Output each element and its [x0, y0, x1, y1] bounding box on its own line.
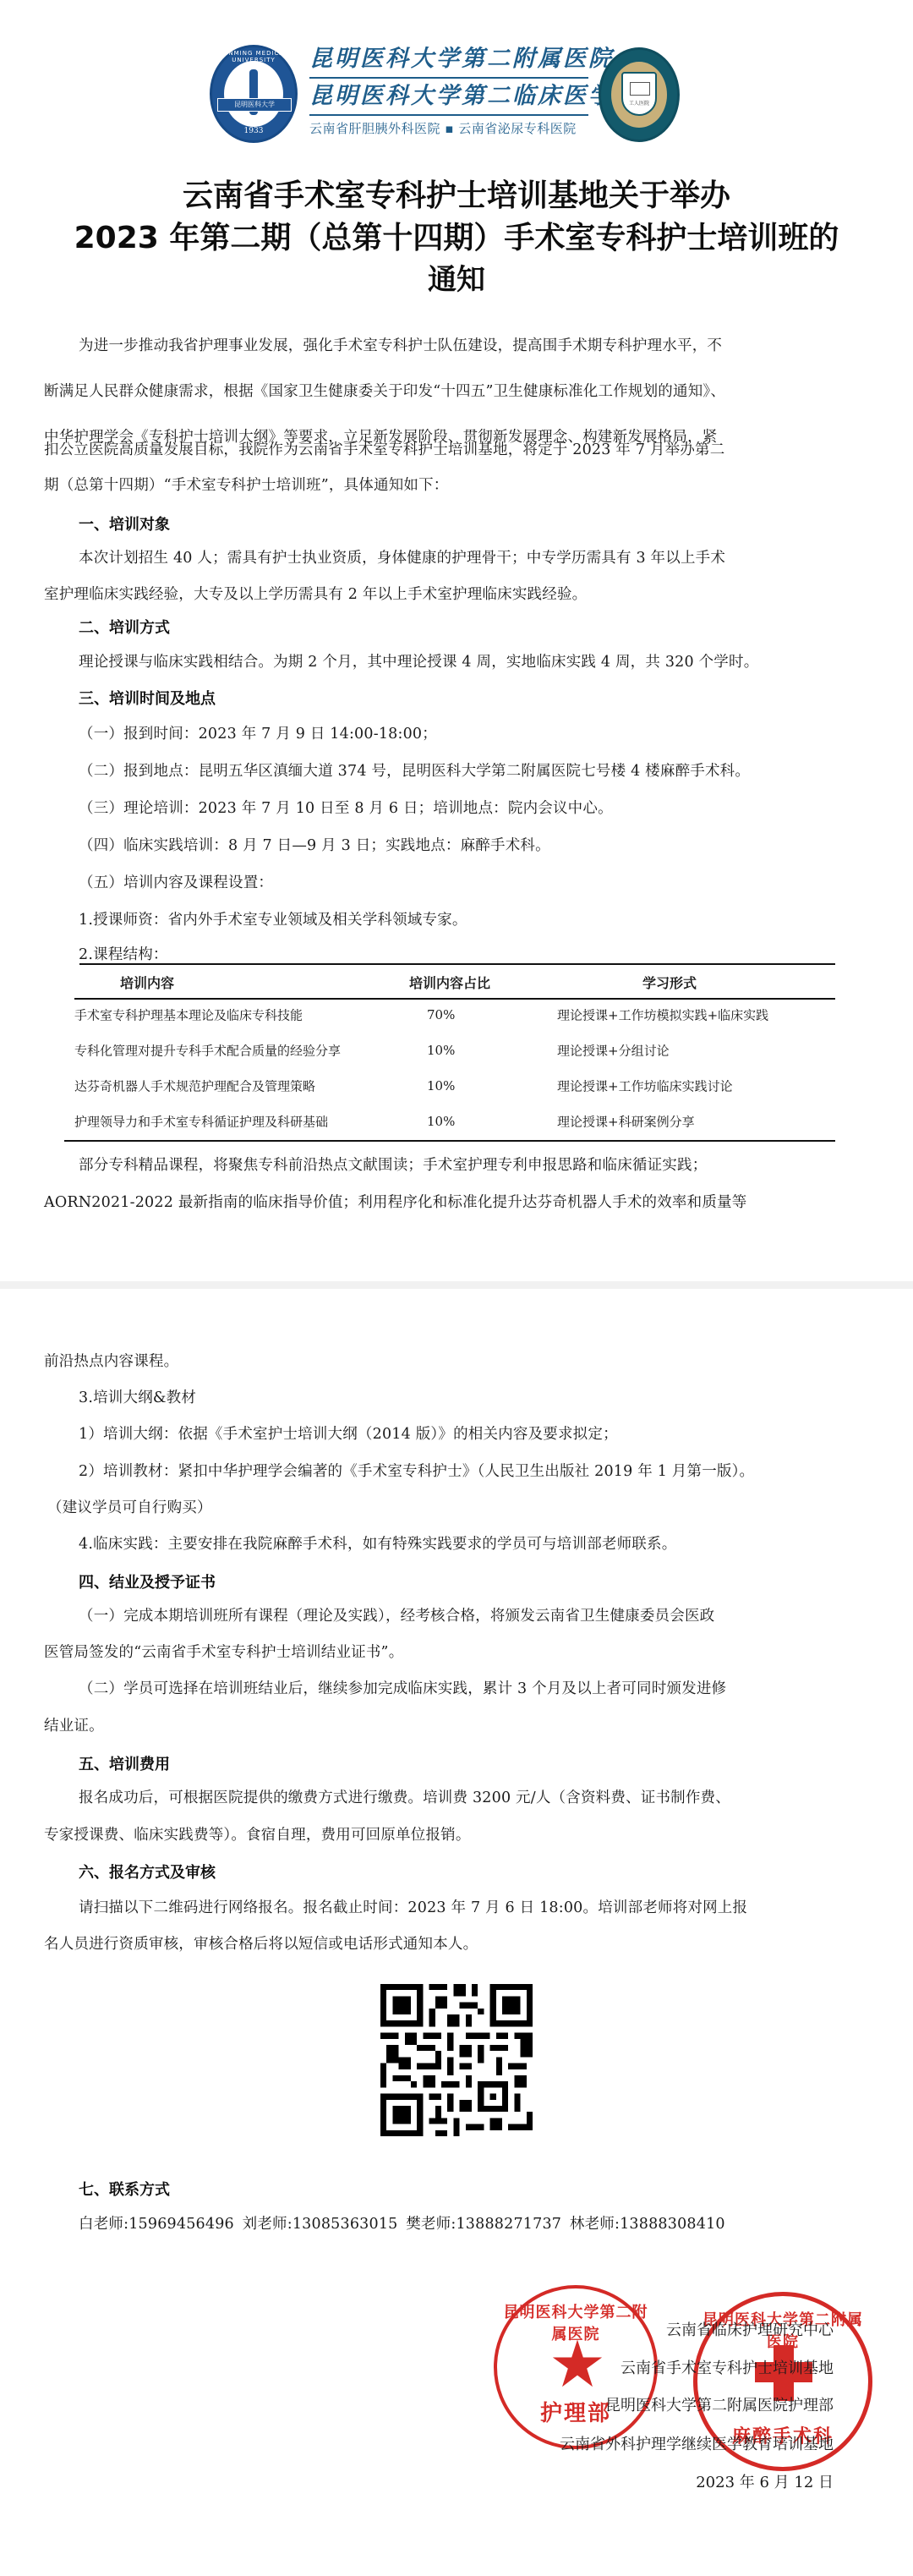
featured-courses-text: 前沿热点内容课程。 — [44, 1351, 178, 1372]
section-heading-time-place: 三、培训时间及地点 — [79, 687, 216, 709]
section-heading-contact: 七、联系方式 — [79, 2178, 170, 2200]
section-text: （二）学员可选择在培训班结业后，继续参加完成临床实践，累计 3 个月及以上者可同… — [79, 1679, 726, 1699]
signature-org: 云南省手术室专科护士培训基地 — [621, 2356, 834, 2378]
table-cell: 专科化管理对提升专科手术配合质量的经验分享 — [74, 1042, 341, 1060]
hospital-seal-icon: 工人医院 — [599, 47, 680, 142]
schedule-item: （三）理论培训：2023 年 7 月 10 日至 8 月 6 日；培训地点：院内… — [79, 798, 613, 819]
syllabus-item: 1）培训大纲：依据《手术室护士培训大纲（2014 版）》的相关内容及要求拟定； — [79, 1424, 618, 1444]
section-text: 名人员进行资质审核，审核合格后将以短信或电话形式通知本人。 — [44, 1934, 478, 1954]
intro-paragraph-line: 扣公立医院高质量发展目标，我院作为云南省手术室专科护士培训基地，将定于 2023… — [44, 440, 724, 460]
table-cell: 10% — [427, 1078, 455, 1093]
teachers-text: 1.授课师资：省内外手术室专业领域及相关学科领域专家。 — [79, 910, 467, 930]
section-heading-trainees: 一、培训对象 — [79, 512, 170, 534]
table-cell: 理论授课+工作坊模拟实践+临床实践 — [557, 1006, 768, 1024]
table-cell: 理论授课+分组讨论 — [557, 1042, 670, 1060]
schedule-item: （一）报到时间：2023 年 7 月 9 日 14:00-18:00； — [79, 724, 437, 744]
featured-courses-text: 部分专科精品课程，将聚焦专科前沿热点文献围读；手术室护理专利申报思路和临床循证实… — [79, 1155, 707, 1176]
table-rule — [64, 1140, 835, 1142]
intro-paragraph-line: 期（总第十四期）“手术室专科护士培训班”，具体通知如下： — [44, 475, 449, 496]
table-header-ratio: 培训内容占比 — [409, 973, 490, 992]
schedule-item: （二）报到地点：昆明五华区滇缅大道 374 号，昆明医科大学第二附属医院七号楼 … — [79, 761, 750, 781]
signature-org: 云南省外科护理学继续医学教育培训基地 — [560, 2432, 834, 2454]
seal-motto: 工人医院 — [623, 99, 655, 107]
page-break-divider — [0, 1281, 913, 1289]
divider — [309, 114, 588, 116]
section-heading-fees: 五、培训费用 — [79, 1752, 170, 1774]
document-title-line1: 云南省手术室专科护士培训基地关于举办 — [0, 172, 913, 215]
syllabus-label: 3.培训大纲&教材 — [79, 1388, 196, 1408]
table-cell: 理论授课+工作坊临床实践讨论 — [557, 1077, 733, 1095]
section-text: 专家授课费、临床实践费等）。食宿自理，费用可回原单位报销。 — [44, 1825, 471, 1845]
section-text: 理论授课与临床实践相结合。为期 2 个月，其中理论授课 4 周，实地临床实践 4… — [79, 652, 758, 672]
course-structure-label: 2.课程结构： — [79, 945, 168, 965]
table-cell: 理论授课+科研案例分享 — [557, 1113, 695, 1131]
section-text: 结业证。 — [44, 1716, 104, 1736]
table-cell: 10% — [427, 1114, 455, 1129]
hospital-subtitle: 云南省肝胆胰外科医院 ▪ 云南省泌尿专科医院 — [309, 117, 588, 140]
section-text: 本次计划招生 40 人；需具有护士执业资质，身体健康的护理骨干；中专学历需具有 … — [79, 548, 725, 568]
university-seal-icon: KUNMING MEDICAL UNIVERSITY 昆明医科大学 1933 — [210, 45, 298, 143]
table-cell: 护理领导力和手术室专科循证护理及科研基础 — [74, 1113, 328, 1131]
section-text: 室护理临床实践经验，大专及以上学历需具有 2 年以上手术室护理临床实践经验。 — [44, 584, 587, 605]
section-text: （一）完成本期培训班所有课程（理论及实践），经考核合格，将颁发云南省卫生健康委员… — [79, 1606, 714, 1626]
section-heading-registration: 六、报名方式及审核 — [79, 1861, 216, 1883]
table-cell: 手术室专科护理基本理论及临床专科技能 — [74, 1006, 303, 1024]
document-title-line2: 2023 年第二期（总第十四期）手术室专科护士培训班的 — [0, 214, 913, 257]
table-rule — [74, 998, 835, 1000]
syllabus-item: （建议学员可自行购买） — [47, 1498, 212, 1518]
building-icon — [630, 82, 650, 96]
hospital-name: 昆明医科大学第二附属医院 — [309, 42, 588, 76]
hospital-name-block: 昆明医科大学第二附属医院 昆明医科大学第二临床医学院 云南省肝胆胰外科医院 ▪ … — [309, 42, 588, 140]
section-text: 报名成功后，可根据医院提供的缴费方式进行缴费。培训费 3200 元/人（含资料费… — [79, 1788, 730, 1808]
intro-paragraph-line: 断满足人民群众健康需求，根据《国家卫生健康委关于印发“十四五”卫生健康标准化工作… — [44, 381, 725, 402]
section-heading-certificate: 四、结业及授予证书 — [79, 1570, 216, 1592]
section-text: 请扫描以下二维码进行网络报名。报名截止时间：2023 年 7 月 6 日 18:… — [79, 1898, 747, 1918]
contact-phone-list[interactable]: 白老师:15969456496 刘老师:13085363015 樊老师:1388… — [79, 2214, 725, 2234]
intro-paragraph-line: 为进一步推动我省护理事业发展，强化手术室专科护士队伍建设，提高围手术期专科护理水… — [79, 336, 722, 356]
table-cell: 达芬奇机器人手术规范护理配合及管理策略 — [74, 1077, 315, 1095]
hospital-logo-banner: KUNMING MEDICAL UNIVERSITY 昆明医科大学 1933 昆… — [210, 42, 700, 152]
featured-courses-text: AORN2021-2022 最新指南的临床指导价值；利用程序化和标准化提升达芬奇… — [44, 1192, 746, 1213]
registration-qr-code-icon[interactable] — [380, 1984, 533, 2136]
clinical-practice-text: 4.临床实践：主要安排在我院麻醉手术科，如有特殊实践要求的学员可与培训部老师联系… — [79, 1534, 676, 1554]
table-rule — [79, 963, 835, 965]
star-icon — [551, 2338, 604, 2390]
table-header-content: 培训内容 — [120, 973, 174, 992]
signature-org: 云南省临床护理研究中心 — [666, 2318, 834, 2340]
table-header-format: 学习形式 — [642, 973, 697, 992]
document-title-line3: 通知 — [0, 256, 913, 298]
syllabus-item: 2）培训教材：紧扣中华护理学会编著的《手术室专科护士》（人民卫生出版社 2019… — [79, 1461, 754, 1482]
table-cell: 70% — [427, 1007, 455, 1022]
section-text: 医管局签发的“云南省手术室专科护士培训结业证书”。 — [44, 1642, 403, 1663]
signature-date: 2023 年 6 月 12 日 — [696, 2470, 834, 2492]
signature-org: 昆明医科大学第二附属医院护理部 — [605, 2393, 834, 2415]
table-cell: 10% — [427, 1043, 455, 1058]
divider — [309, 77, 588, 79]
schedule-item: （四）临床实践培训：8 月 7 日—9 月 3 日；实践地点：麻醉手术科。 — [79, 836, 550, 856]
seal-year: 1933 — [212, 127, 295, 135]
college-name: 昆明医科大学第二临床医学院 — [309, 79, 588, 113]
seal-ribbon-text: 昆明医科大学 — [217, 98, 292, 112]
shield-icon: 工人医院 — [621, 72, 657, 116]
schedule-item: （五）培训内容及课程设置： — [79, 873, 273, 893]
section-heading-method: 二、培训方式 — [79, 616, 170, 638]
